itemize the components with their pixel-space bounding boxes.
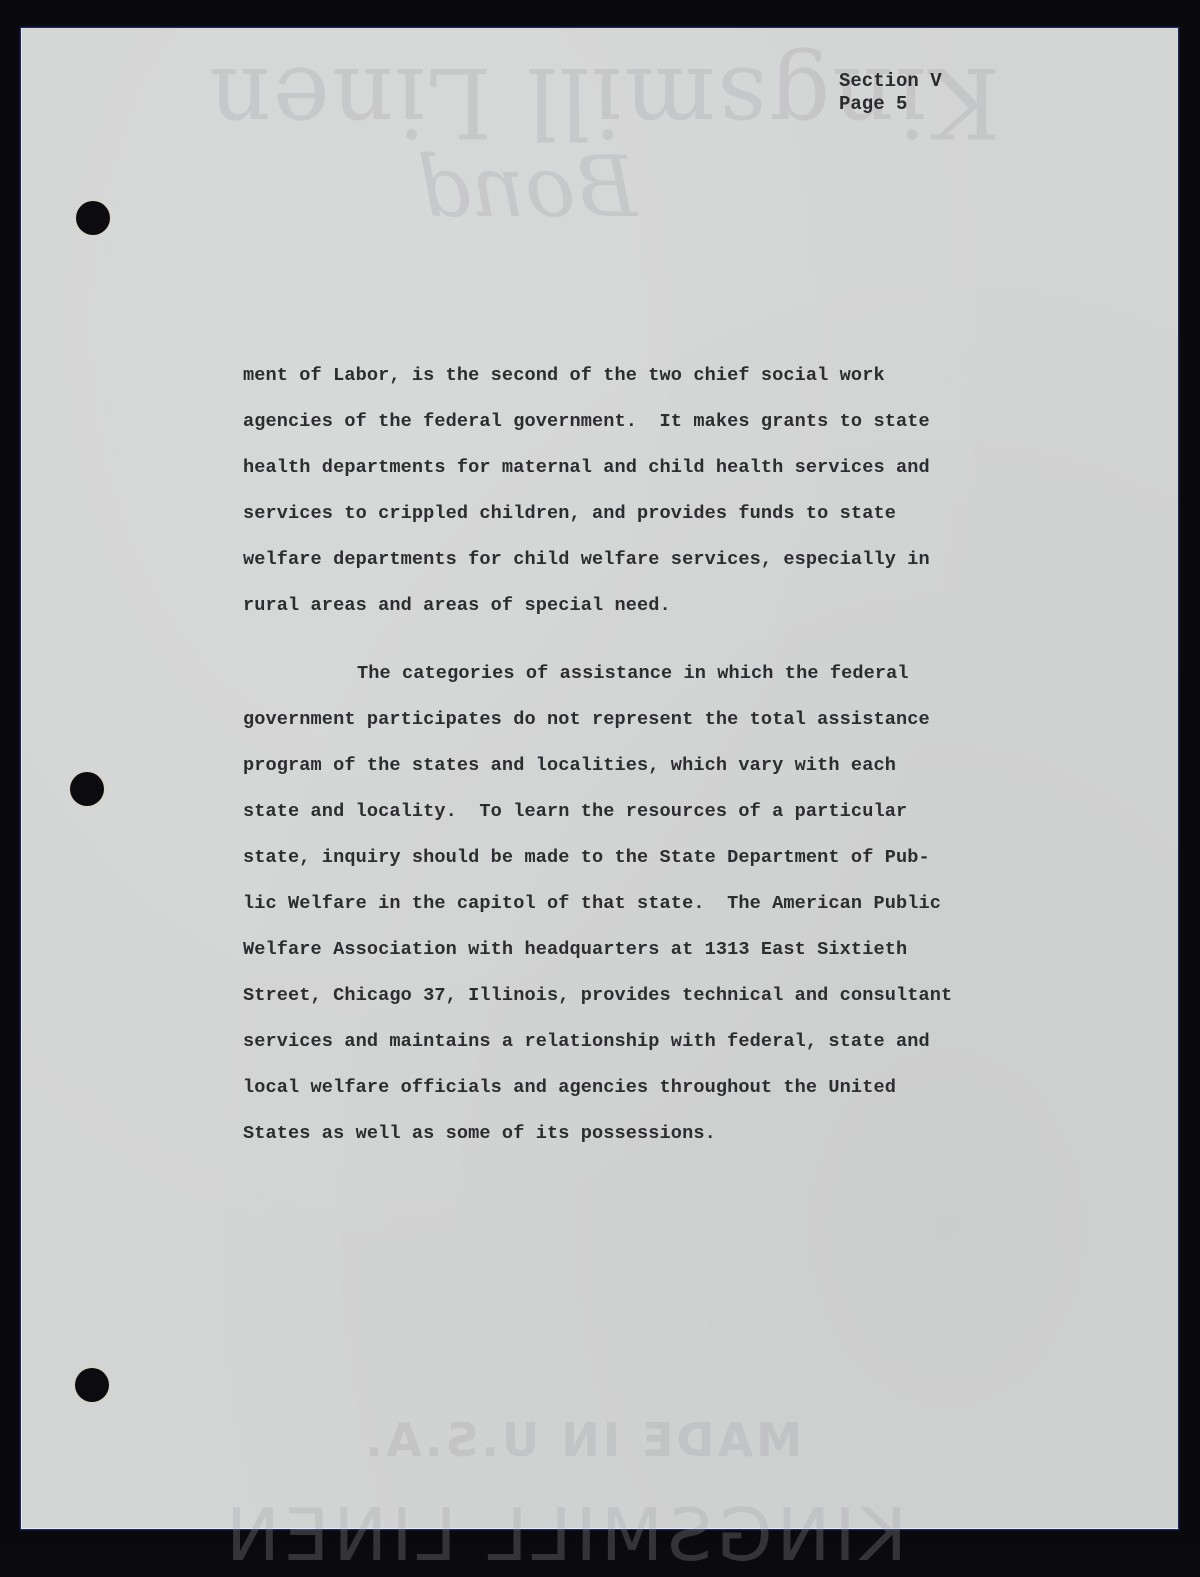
paragraph-2: The categories of assistance in which th… — [243, 660, 1003, 1166]
text-line: Welfare Association with headquarters at… — [243, 936, 1003, 982]
text-line: welfare departments for child welfare se… — [243, 546, 1003, 592]
page-header: Section V Page 5 — [839, 70, 942, 116]
document-body: ment of Labor, is the second of the two … — [243, 362, 1003, 1166]
text-line: health departments for maternal and chil… — [243, 454, 1003, 500]
text-line: local welfare officials and agencies thr… — [243, 1074, 1003, 1120]
punch-hole-icon — [75, 1368, 109, 1402]
watermark-bottom-text: MADE IN U.S.A. — [362, 1413, 802, 1467]
punch-hole-icon — [76, 201, 110, 235]
text-line: services to crippled children, and provi… — [243, 500, 1003, 546]
text-line: state, inquiry should be made to the Sta… — [243, 844, 1003, 890]
section-label: Section V — [839, 70, 942, 93]
text-line: government participates do not represent… — [243, 706, 1003, 752]
punch-hole-icon — [70, 772, 104, 806]
text-line: program of the states and localities, wh… — [243, 752, 1003, 798]
paragraph-1: ment of Labor, is the second of the two … — [243, 362, 1003, 638]
text-line: States as well as some of its possession… — [243, 1120, 1003, 1166]
text-line: services and maintains a relationship wi… — [243, 1028, 1003, 1074]
page-number: Page 5 — [839, 93, 942, 116]
document-page: Kingsmill Linen Bond MADE IN U.S.A. KING… — [21, 28, 1178, 1529]
text-line: Street, Chicago 37, Illinois, provides t… — [243, 982, 1003, 1028]
text-line: ment of Labor, is the second of the two … — [243, 362, 1003, 408]
text-line: The categories of assistance in which th… — [243, 660, 1003, 706]
text-line: lic Welfare in the capitol of that state… — [243, 890, 1003, 936]
watermark-top-subtext: Bond — [417, 138, 637, 236]
text-line: state and locality. To learn the resourc… — [243, 798, 1003, 844]
paragraph-spacer — [243, 638, 1003, 660]
text-line: rural areas and areas of special need. — [243, 592, 1003, 638]
text-line: agencies of the federal government. It m… — [243, 408, 1003, 454]
